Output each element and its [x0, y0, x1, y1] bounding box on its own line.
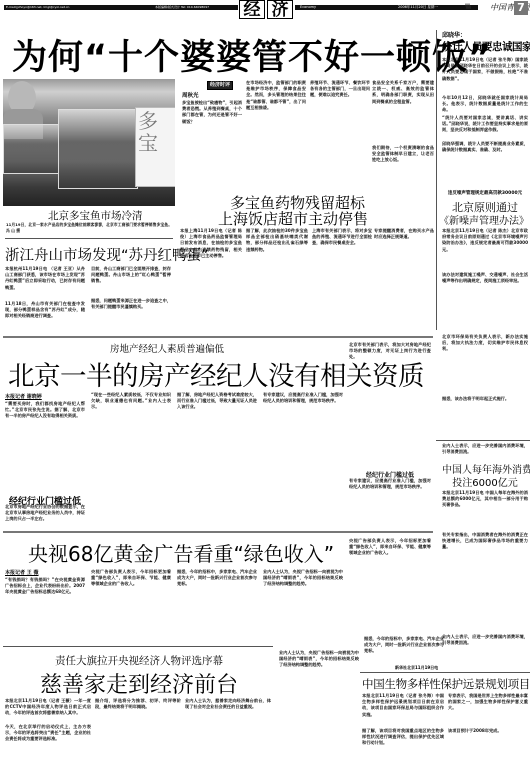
philanthropy-col-1b: 今天，在北京举行的启动仪式上，主办方表示，今年的评选将突出“责任”主题，企业的社…: [5, 724, 91, 762]
commentary-col-2: 在市场经济中，监管部门的职责是维护市场秩序，保障食品安全。然而，多头管理的结果往…: [246, 80, 306, 188]
spending-headline-2: 投注6000亿元: [442, 474, 528, 489]
middle-col: 业内人士认为，央视广告招标一向被视为中国经济的“晴雨表”，今年的招标结果反映了经…: [279, 650, 359, 762]
sidebar-headline: 统计人员要忠诚国家: [442, 39, 530, 54]
column-tag: 经济时评: [207, 81, 233, 90]
spending-para-3: 业内人士表示，应进一步完善国内消费环境，引导消费回流。: [442, 634, 528, 670]
realestate-col-1b: 北京市房地产经纪行业协会的数据显示，在北京市从事房地产经纪业务的人员中，持证上岗…: [5, 504, 85, 528]
biodiversity-col-2b: 该项目预计于2008年完成。: [448, 728, 528, 762]
fish-tank: [58, 109, 138, 189]
section-rule-1: [3, 336, 433, 338]
main-headline: 为何“十个婆婆管不好一顿饭”: [12, 30, 492, 80]
duck-egg-col-2a: 目前，舟山工商部门已全面展开排查，封存问题鸭蛋。舟山市场上的“红心鸭蛋”暂停销售…: [91, 266, 171, 296]
noise-para-2: 该办法对建筑施工噪声、交通噪声、社会生活噪声等作出明确规定，夜间施工须经审批。: [442, 272, 528, 332]
noise-headline-2: 《新噪声管理办法》: [438, 212, 530, 227]
dateline: 新华社北京11月19日电: [395, 665, 438, 671]
sidebar-kicker: 邱晓华：: [442, 30, 466, 39]
realestate-col-1: “需要买房时，我们都找房地产经纪人帮忙。”北京市民张先生说。据了解，北京市有一半…: [5, 401, 85, 501]
sidebar-para-4: 邱晓华强调，统计人员要不断提高业务素质，确保统计数据真实、准确、及时。: [442, 141, 528, 183]
realestate-byline: 本报记者 谢晓婷: [5, 393, 42, 400]
philanthropy-col-2: 据介绍，评选将分为推荐、初评、终评等阶段，最终结果将于明年揭晓。: [95, 698, 181, 762]
realestate-col-4: 有专家建议，应提高行业准入门槛，加强对经纪人员的培训和管理，规范市场秩序。: [263, 392, 343, 528]
realestate-col-3: 据了解，房地产经纪人资格考试难度较大，而行业准入门槛过低，导致大量无证人员进入该…: [177, 392, 257, 528]
masthead-bar-right: [295, 5, 478, 10]
realestate-col-5b: 有专家建议，应提高行业准入门槛，加强对经纪人员的培训和管理，规范市场秩序。: [349, 478, 431, 528]
divider: [360, 672, 530, 673]
section-english: Economy: [300, 4, 316, 10]
biodiversity-col-2a: 专家表示，我国是世界上生物多样性最丰富的国家之一，加强生物多样性保护意义重大。: [448, 693, 528, 727]
masthead-email: E-mail:jjzhoyx@163.net, lmgl@cyol.net.cn: [6, 4, 69, 10]
cctv-col-4: 业内人士认为，央视广告招标一向被视为中国经济的“晴雨表”，今年的招标结果反映了经…: [263, 569, 343, 633]
noise-para-3: 北京市环保局有关负责人表示，新办法实施后，将加大执法力度，切实维护市民休息权利。: [442, 334, 528, 394]
cctv-col-1: “有钱捐吗？有钱捐吗？”在央视黄金资源广告招标会上，企业代表纷纷出价。2007年…: [5, 577, 85, 633]
commentary-col-1: 多宝鱼被检出“致癌物”，引起消费者恐慌。从养殖到餐桌，十个部门都在管，为何还是管…: [182, 100, 242, 192]
issue-date: 2006年11月20日 星期一: [398, 4, 438, 10]
philanthropy-col-3: 业内人士认为，慈善家走向经济舞台前台，体现了社会对企业社会责任的日益重视。: [185, 698, 271, 762]
turbot-col-4: 专家提醒消费者，在购买水产品时应选择正规渠道。: [374, 228, 434, 328]
philanthropy-col-1a: 本报北京11月19日电（记者 王薇）一年一度的CCTV中国经济年度人物评选日前正…: [5, 698, 91, 722]
cctv-col-2: 央视广告部负责人表示，今年招标更加看重“绿色收入”，即来自环保、节能、健康等领域…: [91, 569, 171, 633]
noise-para-1: 本报北京11月19日电（记者 陈杰）北京市政府常务会议日前原则通过《北京市环境噪…: [442, 228, 528, 270]
duck-egg-col-1b: 11月18日，舟山市有关部门在检查中发现，部分鸭蛋样品含有“苏丹红”成分，随即对…: [5, 301, 85, 329]
cctv-headline: 央视68亿黄金广告看重“绿色收入”: [28, 538, 334, 567]
biodiversity-headline: 中国生物多样性保护远景规划项目启动: [362, 676, 530, 692]
noise-kicker: 违反噪声管理规定最高罚款30000元: [442, 190, 528, 196]
spending-para-1: 本报北京11月19日电 中国人每年在海外的消费总额约6000亿元，其中相当一部分…: [442, 490, 528, 530]
author: 周秋光: [182, 91, 199, 99]
commentary-col-3: 养殖环节、流通环节、餐饮环节各有各的主管部门，一旦出现问题，便难以追究责任。: [310, 80, 370, 188]
duck-egg-col-2b: 据悉，问题鸭蛋来源正在进一步追查之中，有关部门提醒市民谨慎购买。: [91, 298, 171, 329]
duck-egg-col-1a: 本报杭州11月19日电 （记者 王亚）从舟山工商部门获悉，该市场在市场上发现“苏…: [5, 266, 85, 300]
sidebar-para-1: 本报北京11月19日电（记者 张冬海）国家统计局局长邱晓华在日前召开的会议上表示…: [442, 57, 528, 93]
divider: [5, 238, 173, 239]
realestate-col-5: 北京市有关部门表示，将加大对房地产经纪市场的整顿力度，对无证上岗行为进行查处。: [349, 342, 431, 462]
turbot-headline-2: 上海饭店超市主动停售: [218, 208, 368, 229]
spending-lead: 业内人士表示，应进一步完善国内消费环境，引导消费回流。: [442, 443, 528, 457]
divider: [3, 646, 273, 647]
biodiversity-col-1a: 本报北京11月19日电（记者 张冬海）中国生物多样性保护远景规划项目日前在京启动…: [362, 693, 444, 727]
photo-caption-title: 北京多宝鱼市场冷清: [48, 208, 143, 223]
commentary-col-4: 食品安全关系千家万户，需要建立统一、权威、高效的监管体系，明确各部门职责，实现从…: [372, 80, 434, 140]
commentary-col-4b: 我们期待，一个权责清晰的食品安全监管体制早日建立，让老百姓吃上放心饭。: [372, 145, 434, 187]
section-char-1: 经: [239, 0, 265, 19]
realestate-col-2: “现在一些经纪人素质较低，不仅专业知识欠缺，职业道德也有问题。”业内人士表示。: [91, 392, 171, 528]
philanthropy-kicker: 责任大旗拉开央视经济人物评选序幕: [55, 653, 223, 668]
section-rule-2: [3, 531, 433, 533]
turbot-col-3: 上海市有关部门表示，将对多宝鱼的养殖、流通环节进行全面检查，确保市民餐桌安全。: [312, 228, 372, 328]
price-sign: 多宝: [135, 107, 175, 187]
page-masthead: E-mail:jjzhoyx@163.net, lmgl@cyol.net.cn…: [0, 0, 530, 20]
spending-para-2: 有关专家指出，中国消费者在海外的消费正在快速增长，已成为国际奢侈品市场的重要力量…: [442, 532, 528, 632]
turbot-col-1: 本报上海11月19日电（记者 陈俊）上海市食品药品监督管理局日前发布消息，在抽检…: [180, 228, 242, 328]
masthead-editor-phone: 本版编辑/版式设计 Tel: 010-64098097: [155, 4, 209, 10]
cctv-col-3: 据悉，今年的招标中，多家家电、汽车企业成为大户，同时一批新兴行业企业首次参与竞标…: [177, 569, 257, 633]
divider: [436, 440, 530, 441]
sidebar-divider: [436, 30, 437, 330]
decorative-slashes-icon: \\\\\: [465, 3, 470, 10]
middle-col-2: 据悉，今年的招标中，多家家电、汽车企业成为大户，同时一批新兴行业企业首次参与竞标…: [364, 636, 444, 666]
noise-para-4: 据悉，该办法将于明年起正式施行。: [442, 396, 528, 436]
cctv-byline: 本报记者 王 薇: [5, 569, 38, 576]
duck-egg-headline: 浙江舟山市场发现“苏丹红鸭蛋”: [5, 244, 209, 265]
realestate-kicker: 房地产经纪人素质普遍偏低: [110, 341, 224, 355]
philanthropy-headline: 慈善家走到经济前台: [40, 668, 238, 699]
page-number: 7: [514, 1, 528, 15]
sidebar-para-3: “统计人员要对国家忠诚，要讲真话、讲实话。”邱晓华说，统计工作要坚持实事求是的原…: [442, 115, 528, 139]
turbot-col-2: 据了解，此次抽检的30件多宝鱼样品全部检出硝基呋喃类代谢物，部分样品还检出孔雀石…: [246, 228, 308, 328]
cctv-col-5: 央视广告部负责人表示，今年招标更加看重“绿色收入”，即来自环保、节能、健康等领域…: [349, 538, 431, 633]
biodiversity-col-1b: 据了解，该项目将对我国重点地区的生物多样性状况进行调查评估，提出保护优先区域和行…: [362, 728, 444, 762]
photo-caption: 11月19日，北京一家水产品店的多宝鱼摊位前顾客寥寥，北京市工商部门要求暂停销售…: [6, 222, 172, 236]
sidebar-para-2: 今年10月12日，邱晓华就任国家统计局局长。他表示，统计数据质量是统计工作的生命…: [442, 95, 528, 113]
section-char-2: 济: [267, 0, 293, 19]
fish-tank-left: [3, 124, 59, 174]
market-photo: 多宝: [3, 79, 175, 206]
